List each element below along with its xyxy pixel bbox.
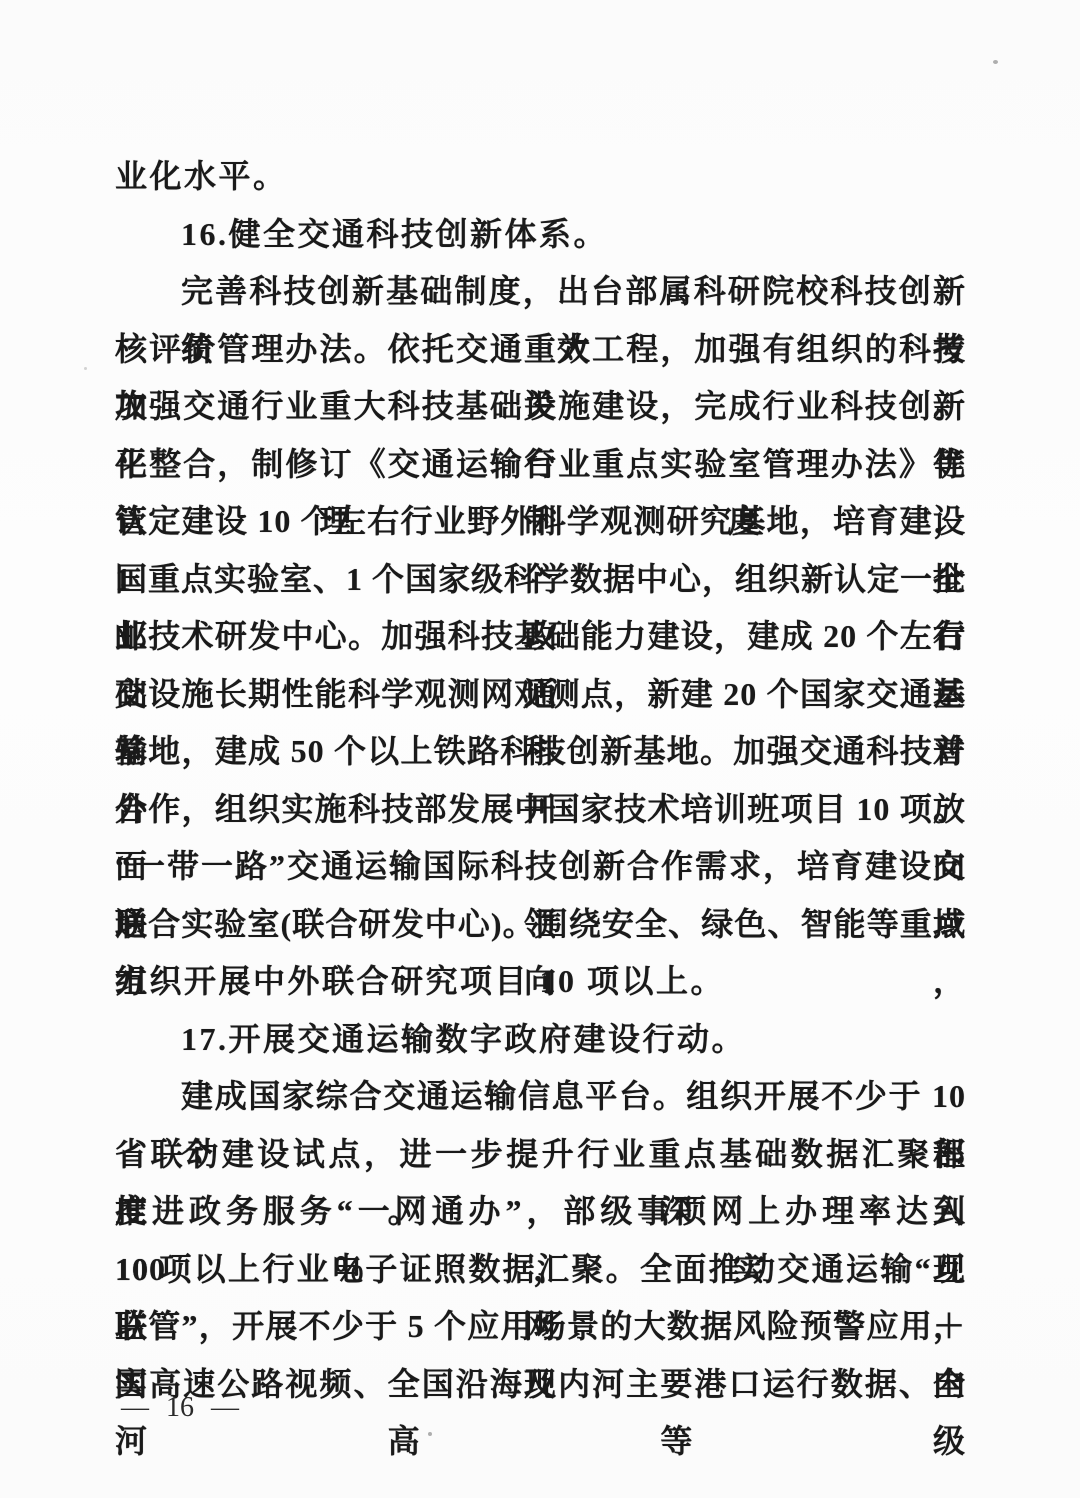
text-line: 16.健全交通科技创新体系。 <box>115 206 966 264</box>
scan-speck <box>993 60 998 64</box>
text-line: 认定建设 10 个左右行业野外科学观测研究基地，培育建设 1 个全 <box>115 493 966 551</box>
text-line: 业化水平。 <box>115 148 966 206</box>
text-line: 联合实验室(联合研发中心)。围绕安全、绿色、智能等重点方向， <box>115 896 966 954</box>
text-line: 加强交通行业重大科技基础设施建设，完成行业科技创新平台优 <box>115 378 966 436</box>
text-line: 础设施长期性能科学观测网观测点，新建 20 个国家交通运输科普 <box>115 666 966 724</box>
footer-dash-left: — <box>121 1392 149 1424</box>
text-line: 业技术研发中心。加强科技基础能力建设，建成 20 个左右交通基 <box>115 608 966 666</box>
document-body: 业化水平。16.健全交通科技创新体系。完善科技创新基础制度，出台部属科研院校科技… <box>115 148 966 1413</box>
text-line: 建成国家综合交通运输信息平台。组织开展不少于 10 个部 <box>115 1068 966 1126</box>
text-line: 17.开展交通运输数字政府建设行动。 <box>115 1011 966 1069</box>
text-line: 化整合，制修订《交通运输行业重点实验室管理办法》等管理制度， <box>115 436 966 494</box>
scan-speck <box>428 1432 432 1436</box>
text-line: 推进政务服务“一网通办”，部级事项网上办理率达到 100％，实现 <box>115 1183 966 1241</box>
text-line: 国重点实验室、1 个国家级科学数据中心，组织新认定一批邮政行 <box>115 551 966 609</box>
footer-dash-right: — <box>211 1392 239 1424</box>
page-number: 16 <box>166 1392 194 1424</box>
text-line: 10 项以上行业电子证照数据汇聚。全面推动交通运输“互联网＋ <box>115 1241 966 1299</box>
text-line: “一带一路”交通运输国际科技创新合作需求，培育建设交通领域 <box>115 838 966 896</box>
document-page: 业化水平。16.健全交通科技创新体系。完善科技创新基础制度，出台部属科研院校科技… <box>0 0 1080 1498</box>
text-line: 核评价管理办法。依托交通重大工程，加强有组织的科技攻关。 <box>115 321 966 379</box>
text-line: 国高速公路视频、全国沿海及内河主要港口运行数据、内河高等级 <box>115 1356 966 1414</box>
scan-speck <box>84 367 87 370</box>
text-line: 基地，建成 50 个以上铁路科技创新基地。加强交通科技对外开放 <box>115 723 966 781</box>
text-line: 完善科技创新基础制度，出台部属科研院校科技创新绩效考 <box>115 263 966 321</box>
text-line: 合作，组织实施科技部发展中国家技术培训班项目 10 项。面向 <box>115 781 966 839</box>
page-footer: — 16 — <box>121 1392 239 1424</box>
text-line: 省联动建设试点，进一步提升行业重点基础数据汇聚程度。深入 <box>115 1126 966 1184</box>
text-line: 监管”，开展不少于 5 个应用场景的大数据风险预警应用，实现全 <box>115 1298 966 1356</box>
